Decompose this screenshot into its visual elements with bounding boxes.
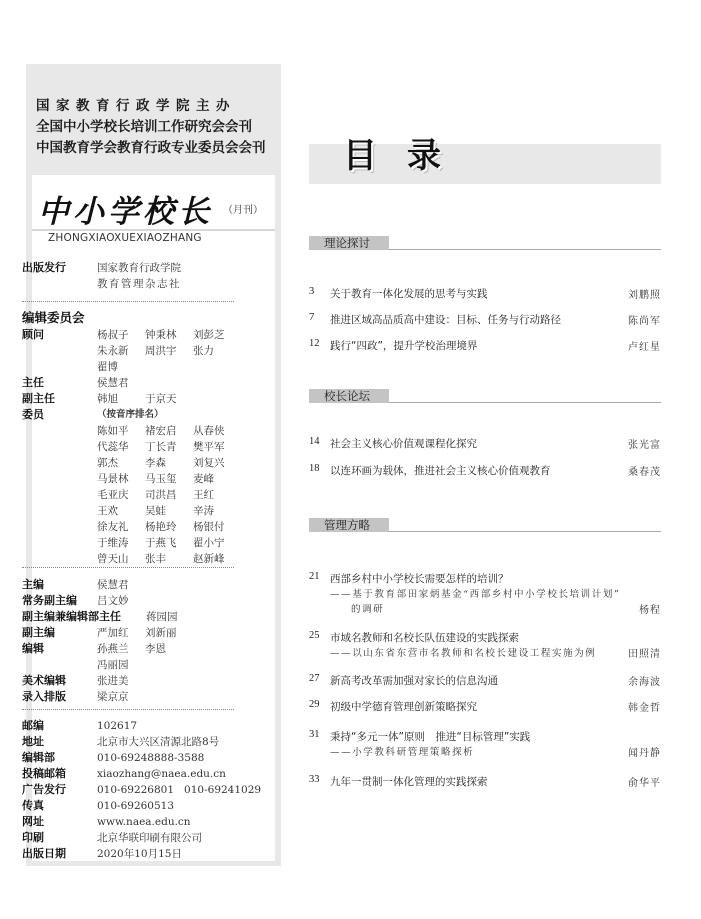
- magazine-logo: 中小学校长 （月刊）: [38, 186, 273, 226]
- name: 刘新丽: [145, 625, 185, 641]
- article-title: 关于教育一体化发展的思考与实践: [330, 286, 488, 301]
- publisher-label: 出版发行: [22, 260, 84, 276]
- article-author: 田照清: [628, 645, 661, 660]
- member-name: 徐友礼: [97, 519, 137, 535]
- page-number: 29: [309, 699, 327, 710]
- article-author: 张光富: [628, 436, 661, 451]
- name: 钟秉林: [145, 327, 185, 343]
- sponsor-line: 国家教育行政学院主办: [36, 96, 276, 117]
- page-number: 14: [309, 436, 327, 447]
- name: 吕文妙: [97, 593, 137, 609]
- members-list: 陈如平褚宏启从春侠代蕊华丁长青樊平军郭杰李森刘复兴马景林马玉玺麦峰毛亚庆司洪昌王…: [97, 423, 241, 567]
- contact-value: 2020年10月15日: [97, 846, 182, 862]
- toc-entry: 33九年一贯制一体化管理的实践探索俞华平: [309, 774, 661, 814]
- article-title: 九年一贯制一体化管理的实践探索: [330, 774, 488, 789]
- section-header: 理论探讨: [309, 236, 661, 250]
- name: 张力: [193, 343, 233, 359]
- toc-entry: 25市域名教师和名校长队伍建设的实践探索——以山东省东营市名教师和名校长建设工程…: [309, 630, 661, 670]
- contact-label: 邮编: [22, 718, 84, 734]
- section-title: 管理方略: [309, 518, 389, 532]
- article-title: 西部乡村中小学校长需要怎样的培训？: [330, 571, 509, 586]
- article-title: 以连环画为载体，推进社会主义核心价值观教育: [330, 463, 551, 478]
- name: 朱永新: [97, 343, 137, 359]
- name: 李恩: [145, 641, 185, 657]
- member-name: 从春侠: [193, 423, 233, 439]
- editor-label: 美术编辑: [22, 673, 84, 689]
- member-name: 曾天山: [97, 551, 137, 567]
- contact-value: xiaozhang@naea.edu.cn: [97, 766, 226, 782]
- editor-label: 录入排版: [22, 689, 84, 705]
- editor-names: 孙燕兰李恩: [97, 641, 241, 657]
- article-author: 俞华平: [628, 774, 661, 789]
- editor-label: 常务副主编: [22, 593, 84, 609]
- name: 冯丽园: [97, 657, 137, 673]
- article-author: 韩金哲: [628, 699, 661, 714]
- editor-names: 冯丽园: [97, 657, 241, 673]
- article-subtitle: ——小学教科研管理策略探析: [330, 744, 474, 758]
- name: 翟博: [97, 359, 137, 375]
- magazine-frequency: （月刊）: [223, 201, 263, 216]
- sponsors: 国家教育行政学院主办 全国中小学校长培训工作研究会会刊 中国教育学会教育行政专业…: [36, 96, 276, 159]
- contact-value: 010-69248888-3588: [97, 750, 204, 766]
- member-name: 陈如平: [97, 423, 137, 439]
- contact-label: 地址: [22, 734, 84, 750]
- name: 杨叔子: [97, 327, 137, 343]
- magazine-title: 中小学校长: [38, 186, 213, 231]
- name: 于京天: [145, 391, 185, 407]
- member-name: 司洪昌: [145, 487, 185, 503]
- page-number: 27: [309, 673, 327, 684]
- member-name: 马玉玺: [145, 471, 185, 487]
- advisors-list: 杨叔子 钟秉林 刘彭芝 朱永新 周洪宇 张力 翟博: [97, 327, 241, 375]
- article-title: 市域名教师和名校长队伍建设的实践探索: [330, 630, 519, 645]
- article-author: 余海波: [628, 673, 661, 688]
- members-label: 委员: [22, 407, 84, 423]
- section-rule: [389, 249, 661, 250]
- article-author: 刘鹏照: [628, 286, 661, 301]
- name: 韩旭: [97, 391, 137, 407]
- member-name: 丁长青: [145, 439, 185, 455]
- member-name: 樊平军: [193, 439, 233, 455]
- article-title: 秉持“多元一体”原则 推进“目标管理”实践: [330, 729, 530, 744]
- dotted-divider: [22, 709, 234, 710]
- editor-names: 张进美: [97, 673, 241, 689]
- member-name: 杨艳玲: [145, 519, 185, 535]
- page-number: 12: [309, 338, 327, 349]
- dotted-divider: [22, 301, 234, 302]
- contact-label: 传真: [22, 798, 84, 814]
- toc-entry: 18以连环画为载体，推进社会主义核心价值观教育桑春茂: [309, 463, 661, 503]
- logo-divider: [32, 229, 275, 231]
- contact-value: www.naea.edu.cn: [97, 814, 191, 830]
- article-author: 杨程: [639, 601, 661, 616]
- page-number: 18: [309, 463, 327, 474]
- section-rule: [389, 531, 661, 532]
- member-name: 代蕊华: [97, 439, 137, 455]
- editor-label: 副主编: [22, 625, 84, 641]
- member-name: 刘复兴: [193, 455, 233, 471]
- advisors-label: 顾问: [22, 327, 84, 343]
- section-title: 校长论坛: [309, 389, 389, 403]
- editor-label: 副主编兼编辑部主任: [22, 609, 121, 625]
- member-name: 褚宏启: [145, 423, 185, 439]
- page-number: 33: [309, 774, 327, 785]
- editor-label: 编辑: [22, 641, 84, 657]
- name: 张进美: [97, 673, 137, 689]
- member-name: 王红: [193, 487, 233, 503]
- contact-label: 编辑部: [22, 750, 84, 766]
- contact-label: 投稿邮箱: [22, 766, 84, 782]
- article-subtitle-cont: 的调研: [351, 601, 384, 615]
- section-title: 理论探讨: [309, 236, 389, 250]
- publisher-line: 国家教育行政学院: [97, 260, 181, 276]
- page-number: 21: [309, 571, 327, 582]
- publisher-line: 教育管理杂志社: [97, 276, 181, 292]
- member-name: 吴蛙: [145, 503, 185, 519]
- contact-value: 北京华联印刷有限公司: [97, 830, 202, 846]
- page-number: 7: [309, 312, 327, 323]
- article-author: 卢红星: [628, 338, 661, 353]
- member-name: 杨银付: [193, 519, 233, 535]
- vice-director-label: 副主任: [22, 391, 84, 407]
- editor-label: 主编: [22, 577, 84, 593]
- member-name: 张丰: [145, 551, 185, 567]
- editor-names: 蒋园园: [146, 609, 194, 625]
- member-name: 马景林: [97, 471, 137, 487]
- name: 周洪宇: [145, 343, 185, 359]
- article-title: 新高考改革需加强对家长的信息沟通: [330, 673, 498, 688]
- page-number: 31: [309, 729, 327, 740]
- contact-label: 印刷: [22, 830, 84, 846]
- member-name: 于燕飞: [145, 535, 185, 551]
- page-number: 25: [309, 630, 327, 641]
- article-subtitle: ——以山东省东营市名教师和名校长建设工程实施为例: [330, 645, 596, 659]
- page-number: 3: [309, 286, 327, 297]
- toc-entry: 31秉持“多元一体”原则 推进“目标管理”实践——小学教科研管理策略探析闻丹静: [309, 729, 661, 769]
- section-header: 校长论坛: [309, 389, 661, 403]
- editor-names: 侯慧君: [97, 577, 241, 593]
- dotted-divider: [22, 567, 234, 568]
- contact-label: 广告发行: [22, 782, 84, 798]
- editorial-committee: 编辑委员会 顾问 杨叔子 钟秉林 刘彭芝 朱永新 周洪宇 张力 翟博 主任 侯慧…: [22, 310, 85, 563]
- member-name: 辛涛: [193, 503, 233, 519]
- members-note: （按音序排名）: [97, 407, 164, 423]
- name: 侯慧君: [97, 577, 137, 593]
- contact-value: 102617: [97, 718, 137, 734]
- committee-title: 编辑委员会: [22, 310, 85, 325]
- article-author: 闻丹静: [628, 744, 661, 759]
- section-header: 管理方略: [309, 518, 661, 532]
- contact-value: 010-69260513: [97, 798, 174, 814]
- toc-title: 目录: [343, 128, 471, 177]
- member-name: 麦峰: [193, 471, 233, 487]
- member-name: 毛亚庆: [97, 487, 137, 503]
- name: 严加红: [97, 625, 137, 641]
- editor-names: 严加红刘新丽: [97, 625, 241, 641]
- contact-value: 010-69226801 010-69241029: [97, 782, 261, 798]
- member-name: 翟小宁: [193, 535, 233, 551]
- member-name: 于维涛: [97, 535, 137, 551]
- member-name: 赵新峰: [193, 551, 233, 567]
- name: 梁京京: [97, 689, 137, 705]
- contact-label: 出版日期: [22, 846, 84, 862]
- member-name: 王欢: [97, 503, 137, 519]
- name: 孙燕兰: [97, 641, 137, 657]
- name: 刘彭芝: [193, 327, 233, 343]
- member-name: 郭杰: [97, 455, 137, 471]
- editor-names: 梁京京: [97, 689, 241, 705]
- sponsor-line: 全国中小学校长培训工作研究会会刊: [36, 117, 276, 138]
- article-title: 社会主义核心价值观课程化探究: [330, 436, 477, 451]
- article-title: 初级中学德育管理创新策略探究: [330, 699, 477, 714]
- name: 蒋园园: [146, 609, 186, 625]
- magazine-pinyin: ZHONGXIAOXUEXIAOZHANG: [48, 232, 202, 244]
- vice-directors: 韩旭 于京天: [97, 391, 241, 407]
- article-title: 推进区域高品质高中建设：目标、任务与行动路径: [330, 312, 561, 327]
- article-subtitle: ——基于教育部田家炳基金“西部乡村中小学校长培训计划”: [330, 586, 620, 600]
- contact-value: 北京市大兴区清源北路8号: [97, 734, 219, 750]
- sponsor-line: 中国教育学会教育行政专业委员会会刊: [36, 138, 276, 159]
- article-title: 践行“四政”，提升学校治理境界: [330, 338, 477, 353]
- toc-entry: 12践行“四政”，提升学校治理境界卢红星: [309, 338, 661, 378]
- director-label: 主任: [22, 375, 84, 391]
- director-name: 侯慧君: [97, 375, 129, 391]
- article-author: 桑春茂: [628, 463, 661, 478]
- contact-label: 网址: [22, 814, 84, 830]
- member-name: 李森: [145, 455, 185, 471]
- article-author: 陈尚军: [628, 312, 661, 327]
- toc-entry: 21西部乡村中小学校长需要怎样的培训？——基于教育部田家炳基金“西部乡村中小学校…: [309, 571, 661, 611]
- section-rule: [389, 402, 661, 403]
- editor-names: 吕文妙: [97, 593, 241, 609]
